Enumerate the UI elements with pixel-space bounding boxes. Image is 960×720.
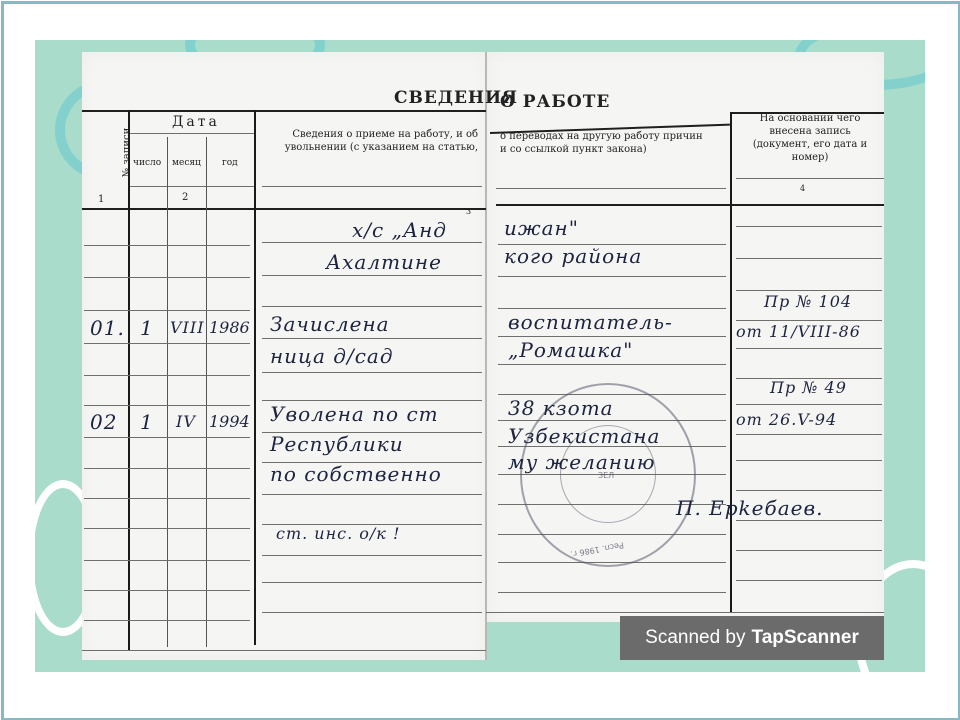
- row-rule: [84, 405, 250, 406]
- entry-1-text-right-1: воспитатель-: [508, 310, 673, 334]
- date-subheader-rule: [130, 133, 254, 134]
- header-bottom-rule-right: [496, 204, 884, 206]
- entry-2-text-right-3: му желанию: [508, 450, 655, 474]
- entry-1-day: 1: [140, 316, 154, 340]
- entry-2-text-left-1: Уволена по ст: [270, 402, 439, 426]
- row-rule: [84, 343, 250, 344]
- col-divider: [167, 137, 168, 647]
- row-rule: [262, 242, 482, 243]
- row-rule: [736, 490, 882, 491]
- page-bottom-rule: [82, 650, 486, 651]
- header-top-rule: [82, 110, 486, 112]
- row-rule: [84, 437, 250, 438]
- row-rule: [498, 276, 726, 277]
- row-rule: [262, 400, 482, 401]
- col3-header-right: о переводах на другую работу причин и со…: [500, 130, 710, 156]
- header-bottom-rule: [82, 208, 486, 210]
- row-rule: [498, 592, 726, 593]
- entry-2-text-left-2: Республики: [270, 432, 404, 456]
- entry-2-text-right-1: 38 кзота: [508, 396, 614, 420]
- col4-header: На основании чего внесена запись (докуме…: [744, 112, 876, 164]
- row-rule: [262, 582, 482, 583]
- row-rule: [736, 320, 882, 321]
- col-divider-right: [730, 112, 732, 612]
- col-divider: [128, 110, 130, 650]
- col2-sub-month: месяц: [172, 157, 201, 170]
- row-rule: [736, 258, 882, 259]
- row-rule: [736, 550, 882, 551]
- row-rule: [84, 528, 250, 529]
- row-rule: [84, 560, 250, 561]
- entry-1-number: 01.: [90, 316, 125, 340]
- closing-note: ст. инс. о/к !: [276, 524, 400, 543]
- row-rule: [262, 494, 482, 495]
- row-rule: [736, 348, 882, 349]
- entry-1-month: VIII: [170, 318, 205, 337]
- heading-entry-line1-left: х/с „Анд: [352, 218, 447, 242]
- col3-header-left: Сведения о приеме на работу, и об увольн…: [282, 128, 478, 154]
- col-divider: [206, 137, 207, 647]
- entry-1-text-left-2: ница д/сад: [270, 344, 394, 368]
- page-bottom-rule-right: [486, 612, 884, 613]
- col4-number-rule: [736, 178, 884, 179]
- col1-header: № записи: [121, 118, 134, 188]
- row-rule: [84, 468, 250, 469]
- entry-2-basis-1: Пр № 49: [770, 378, 847, 397]
- row-rule: [84, 245, 250, 246]
- row-rule: [84, 375, 250, 376]
- row-rule: [262, 555, 482, 556]
- heading-entry-line2-left: Ахалтине: [326, 250, 442, 274]
- col2-number: 2: [182, 191, 188, 204]
- col4-number: 4: [800, 182, 805, 195]
- row-rule: [736, 520, 882, 521]
- entry-1-basis-1: Пр № 104: [764, 292, 852, 311]
- entry-2-number: 02: [90, 410, 117, 434]
- row-rule: [262, 338, 482, 339]
- row-rule: [736, 404, 882, 405]
- entry-2-text-right-2: Узбекистана: [508, 424, 660, 448]
- row-rule: [84, 277, 250, 278]
- col-divider: [254, 110, 256, 645]
- entry-2-day: 1: [140, 410, 154, 434]
- row-rule: [498, 308, 726, 309]
- stamp-ring-text: Респ. 1986 г.: [570, 540, 625, 558]
- entry-2-month: IV: [176, 412, 196, 431]
- row-rule: [262, 275, 482, 276]
- heading-entry-line2-right: кого района: [504, 244, 642, 268]
- row-rule: [736, 460, 882, 461]
- col2-sub-year: год: [222, 157, 238, 170]
- book-spine: [485, 52, 487, 660]
- col2-header: Дата: [172, 114, 220, 130]
- signature: П. Ерkебаев.: [676, 496, 823, 520]
- row-rule: [84, 590, 250, 591]
- row-rule: [84, 620, 250, 621]
- row-rule: [736, 580, 882, 581]
- col3-number-rule: [262, 186, 482, 187]
- row-rule: [736, 226, 882, 227]
- row-rule: [84, 498, 250, 499]
- entry-1-basis-2: от 11/VIII-86: [736, 322, 861, 341]
- row-rule: [84, 310, 250, 311]
- col1-number: 1: [98, 193, 104, 206]
- title-right: О РАБОТЕ: [500, 92, 610, 112]
- row-rule: [262, 372, 482, 373]
- row-rule: [736, 290, 882, 291]
- row-rule: [736, 434, 882, 435]
- date-number-rule: [130, 186, 254, 187]
- row-rule: [262, 306, 482, 307]
- entry-2-year: 1994: [209, 412, 250, 431]
- entry-2-text-left-3: по собственно: [270, 462, 442, 486]
- entry-1-year: 1986: [209, 318, 250, 337]
- entry-1-text-left-1: Зачислена: [270, 312, 390, 336]
- row-rule: [498, 336, 726, 337]
- row-rule: [498, 364, 726, 365]
- col2-sub-day: число: [133, 157, 161, 170]
- col3-number: 3: [466, 205, 471, 218]
- tapscanner-watermark: Scanned by TapScanner: [620, 616, 884, 660]
- heading-entry-line1-right: ижан": [504, 216, 579, 240]
- watermark-brand: TapScanner: [752, 627, 859, 649]
- watermark-prefix: Scanned by: [645, 627, 745, 649]
- col3-number-rule-right: [496, 188, 726, 189]
- row-rule: [262, 612, 482, 613]
- entry-1-text-right-2: „Ромашка": [508, 338, 633, 362]
- entry-2-basis-2: от 26.V-94: [736, 410, 837, 429]
